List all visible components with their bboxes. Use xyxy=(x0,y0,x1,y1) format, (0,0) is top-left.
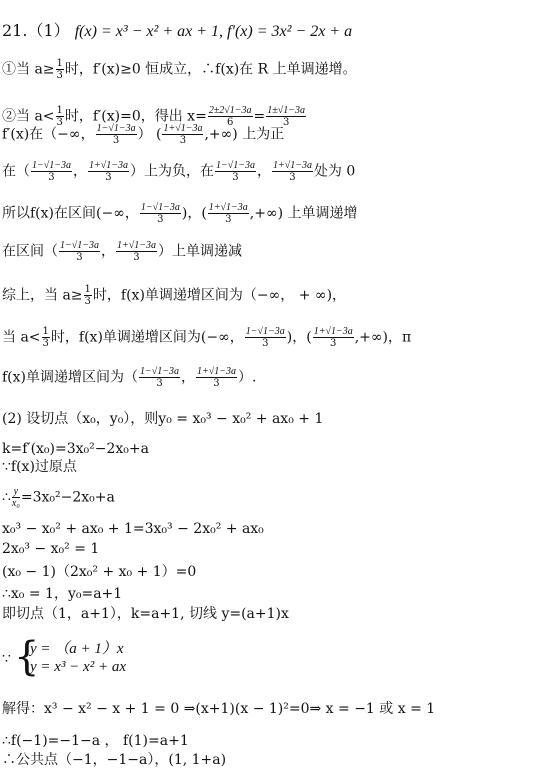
function-definition: f(x) = x³ − x² + ax + 1, f′(x) = 3x² − 2… xyxy=(75,23,352,40)
problem-number: 21.（1） xyxy=(2,21,70,40)
frac-num: y xyxy=(12,486,20,498)
ratio-suffix: =3x₀²−2x₀+a xyxy=(21,490,115,506)
common-points-line: ∴公共点（−1，−1−a），(1, 1+a) xyxy=(2,751,226,769)
frac-num: 1−√1−3a xyxy=(139,366,180,378)
positive-interval-line: f′(x)在（−∞，1−√1−3a3） (1+√1−3a3,+∞) 上为正 xyxy=(2,123,284,146)
negative-mid: ）上为负，在 xyxy=(130,164,214,180)
frac-den: 3 xyxy=(215,172,256,183)
tangent-point-line: (2) 设切点（x₀，y₀），则y₀ = x₀³ − x₀² + ax₀ + 1 xyxy=(2,410,323,428)
fraction: 1+√1−3a3 xyxy=(313,326,354,349)
frac-num: 1−√1−3a xyxy=(245,326,286,338)
fraction: 1−√1−3a3 xyxy=(59,240,100,263)
frac-den: 3 xyxy=(196,378,237,389)
case1-prefix: 当 a≥ xyxy=(16,62,55,78)
frac-den: 3 xyxy=(208,214,249,225)
values-line: ∴f(−1)=−1−a ， f(1)=a+1 xyxy=(2,732,189,750)
summary1-prefix: 综上，当 a≥ xyxy=(2,288,83,304)
frac-num: 1+√1−3a xyxy=(272,160,313,172)
increasing-suffix: ,+∞) 上单调递增 xyxy=(250,206,358,222)
fraction: 1+√1−3a3 xyxy=(116,240,157,263)
ratio-line: ∴yx₀=3x₀²−2x₀+a xyxy=(2,486,115,509)
frac-den: 3 xyxy=(88,172,129,183)
part1-header-line: 21.（1） f(x) = x³ − x² + ax + 1, f′(x) = … xyxy=(2,22,352,41)
equation-3: (x₀ − 1)（2x₀² + x₀ + 1）=0 xyxy=(2,563,196,581)
frac-num: 1±√1−3a xyxy=(266,105,306,117)
frac-den: 3 xyxy=(245,338,286,349)
frac-num: 1−√1−3a xyxy=(140,202,181,214)
frac-num: 1 xyxy=(42,326,50,338)
frac-den: 3 xyxy=(140,214,181,225)
case1-text: 时，f′(x)≥0 恒成立，∴f(x)在 R 上单调递增。 xyxy=(65,62,357,78)
positive-mid: ） ( xyxy=(138,127,162,143)
solve-line: 解得：x³ − x² − x + 1 = 0 ⇒(x+1)(x − 1)²=0⇒… xyxy=(2,700,435,718)
fraction: 13 xyxy=(84,284,92,307)
decreasing-suffix: ）上单调递减 xyxy=(158,244,242,260)
frac-num: 1 xyxy=(56,58,64,70)
fraction: 1−√1−3a3 xyxy=(96,123,137,146)
equation-1: x₀³ − x₀² + ax₀ + 1=3x₀³ − 2x₀² + ax₀ xyxy=(2,520,264,538)
equation-4: ∴x₀ = 1，y₀=a+1 xyxy=(2,585,122,603)
frac-den: 3 xyxy=(56,70,64,81)
frac-den: 3 xyxy=(313,338,354,349)
decreasing-prefix: 在区间（ xyxy=(2,244,58,260)
interval-open: (−∞， xyxy=(96,206,139,222)
fraction: 13 xyxy=(42,326,50,349)
decreasing-interval-line: 在区间（1−√1−3a3，1+√1−3a3）上单调递减 xyxy=(2,240,242,263)
summary2-prefix: 当 a< xyxy=(2,330,41,346)
equation-system: ∵ { y = （a + 1）x y = x³ − x² + ax xyxy=(2,637,302,687)
system-row-1: y = （a + 1）x xyxy=(30,637,124,658)
interval-open: (−∞， xyxy=(201,330,244,346)
frac-num: 1+√1−3a xyxy=(313,326,354,338)
system-row-2: y = x³ − x² + ax xyxy=(30,659,126,676)
summary2-text: 时，f(x)单调递增区间为 xyxy=(51,330,201,346)
fraction: 1+√1−3a3 xyxy=(162,123,203,146)
interval-mid: )，( xyxy=(287,330,312,346)
frac-num: 1+√1−3a xyxy=(196,366,237,378)
frac-num: 1 xyxy=(56,105,64,117)
frac-den: 3 xyxy=(139,378,180,389)
positive-prefix: f′(x)在（−∞， xyxy=(2,127,95,143)
equation-2: 2x₀³ − x₀² = 1 xyxy=(2,540,99,558)
fraction: 1−√1−3a3 xyxy=(139,366,180,389)
fraction: 1−√1−3a3 xyxy=(31,160,72,183)
separator: ， xyxy=(181,370,195,386)
frac-den: 3 xyxy=(116,252,157,263)
fraction: 1+√1−3a3 xyxy=(208,202,249,225)
increasing-prefix: 所以f(x)在区间 xyxy=(2,206,96,222)
summary3-line: f(x)单调递增区间为（1−√1−3a3，1+√1−3a3）. xyxy=(2,366,256,389)
frac-num: 1+√1−3a xyxy=(116,240,157,252)
origin-line: ∵f(x)过原点 xyxy=(2,458,77,476)
separator: ， xyxy=(101,244,115,260)
summary2-suffix: ,+∞)，π xyxy=(355,330,412,346)
fraction: 13 xyxy=(56,58,64,81)
frac-den: 3 xyxy=(96,135,137,146)
negative-interval-line: 在（1−√1−3a3，1+√1−3a3）上为负，在1−√1−3a3，1+√1−3… xyxy=(2,160,355,183)
frac-num: 1 xyxy=(84,284,92,296)
frac-den: 3 xyxy=(162,135,203,146)
summary1-line: 综上，当 a≥13时，f(x)单调递增区间为（−∞， + ∞)， xyxy=(2,284,346,307)
case1-marker: ① xyxy=(2,62,16,78)
frac-num: 1+√1−3a xyxy=(208,202,249,214)
increasing-interval-line: 所以f(x)在区间(−∞，1−√1−3a3)，(1+√1−3a3,+∞) 上单调… xyxy=(2,202,358,225)
separator: ， xyxy=(257,164,271,180)
fraction: yx₀ xyxy=(12,486,20,509)
frac-num: 1−√1−3a xyxy=(59,240,100,252)
frac-den: x₀ xyxy=(12,498,20,509)
frac-num: 1−√1−3a xyxy=(31,160,72,172)
frac-den: 3 xyxy=(31,172,72,183)
fraction: 1−√1−3a3 xyxy=(245,326,286,349)
because-symbol: ∵ xyxy=(2,651,11,667)
fraction: 1+√1−3a3 xyxy=(88,160,129,183)
frac-den: 3 xyxy=(42,338,50,349)
interval-mid: )，( xyxy=(182,206,207,222)
negative-suffix: 处为 0 xyxy=(314,164,355,180)
frac-den: 3 xyxy=(272,172,313,183)
case1-line: ①当 a≥13时，f′(x)≥0 恒成立，∴f(x)在 R 上单调递增。 xyxy=(2,58,357,81)
frac-num: 1+√1−3a xyxy=(88,160,129,172)
fraction: 1+√1−3a3 xyxy=(272,160,313,183)
summary2-line: 当 a<13时，f(x)单调递增区间为(−∞，1−√1−3a3)，(1+√1−3… xyxy=(2,326,411,349)
separator: ， xyxy=(73,164,87,180)
summary3-suffix: ）. xyxy=(238,370,256,386)
equation-5: 即切点（1，a+1），k=a+1, 切线 y=(a+1)x xyxy=(2,605,289,623)
frac-num: 1−√1−3a xyxy=(96,123,137,135)
frac-den: 3 xyxy=(84,296,92,307)
positive-suffix: ,+∞) 上为正 xyxy=(204,127,284,143)
slope-line: k=f′(x₀)=3x₀²−2x₀+a xyxy=(2,440,149,458)
summary3-prefix: f(x)单调递增区间为（ xyxy=(2,370,138,386)
summary1-text: 时，f(x)单调递增区间为（−∞， + ∞)， xyxy=(93,288,346,304)
frac-num: 1−√1−3a xyxy=(215,160,256,172)
frac-num: 2±2√1−3a xyxy=(208,105,253,117)
frac-den: 3 xyxy=(59,252,100,263)
negative-prefix: 在（ xyxy=(2,164,30,180)
therefore-symbol: ∴ xyxy=(2,490,11,506)
fraction: 1+√1−3a3 xyxy=(196,366,237,389)
frac-num: 1+√1−3a xyxy=(162,123,203,135)
fraction: 1−√1−3a3 xyxy=(140,202,181,225)
fraction: 1−√1−3a3 xyxy=(215,160,256,183)
